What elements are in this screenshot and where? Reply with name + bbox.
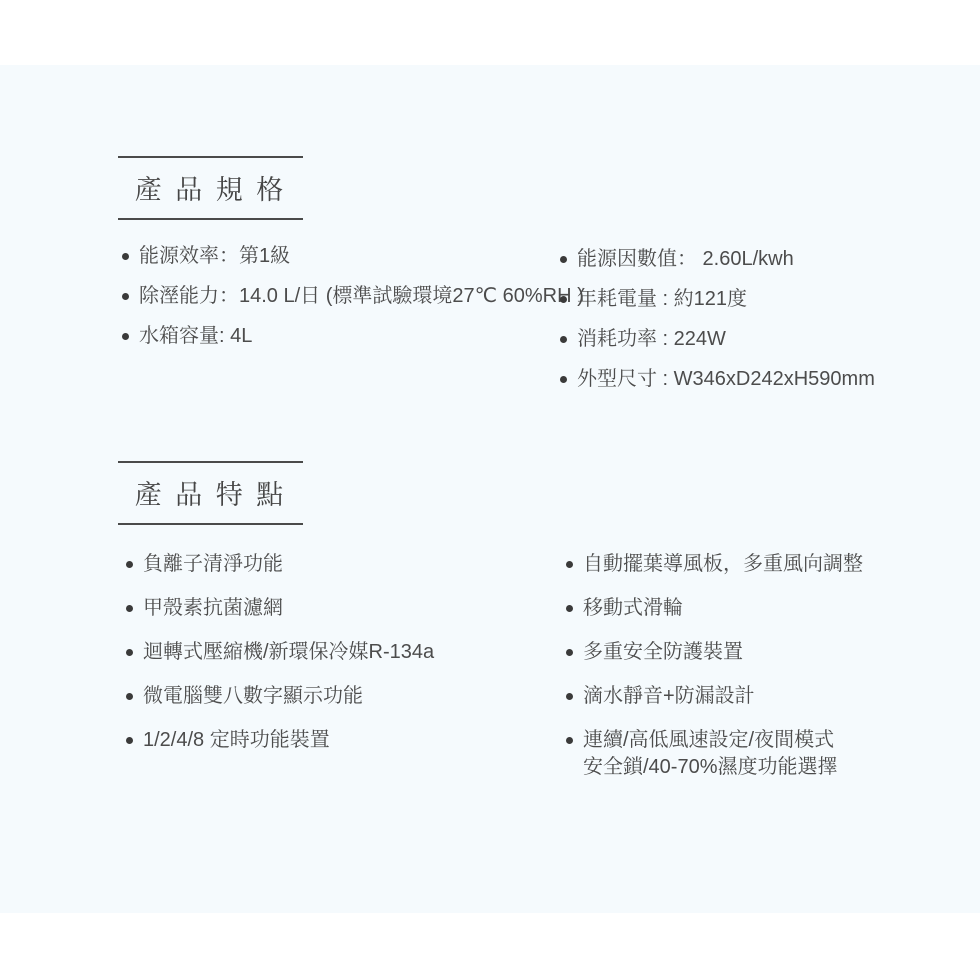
bullet-icon — [122, 253, 129, 260]
bullet-icon — [122, 293, 129, 300]
feature-item-quiet-leakproof: 滴水靜音+防漏設計 — [566, 683, 863, 710]
spec-list-left: 能源效率：第1級 除溼能力：14.0 L/日 (標準試驗環境27℃ 60%RH … — [122, 243, 584, 363]
spec-item-label: 除溼能力：14.0 L/日 (標準試驗環境27℃ 60%RH ) — [139, 283, 584, 310]
feature-item-label: 負離子清淨功能 — [143, 551, 283, 578]
bullet-icon — [566, 649, 573, 656]
feature-item-modes: 連續/高低風速設定/夜間模式 安全鎖/40-70%濕度功能選擇 — [566, 727, 863, 781]
bullet-icon — [566, 737, 573, 744]
feature-item-label: 連續/高低風速設定/夜間模式 安全鎖/40-70%濕度功能選擇 — [583, 727, 838, 781]
spec-item-label: 外型尺寸 : W346xD242xH590mm — [577, 366, 875, 393]
feature-item-label: 微電腦雙八數字顯示功能 — [143, 683, 363, 710]
feature-item-label: 多重安全防護裝置 — [583, 639, 743, 666]
section-title-specifications: 產 品 規 格 — [118, 156, 303, 220]
spec-item-label: 水箱容量: 4L — [139, 323, 252, 350]
bullet-icon — [560, 256, 567, 263]
bullet-icon — [126, 561, 133, 568]
feature-item-label: 迴轉式壓縮機/新環保冷媒R-134a — [143, 639, 434, 666]
spec-list-right: 能源因數值： 2.60L/kwh 年耗電量 : 約121度 消耗功率 : 224… — [560, 246, 875, 406]
bullet-icon — [126, 693, 133, 700]
bullet-icon — [560, 296, 567, 303]
spec-item-annual-consumption: 年耗電量 : 約121度 — [560, 286, 875, 313]
bullet-icon — [126, 649, 133, 656]
bullet-icon — [126, 737, 133, 744]
feature-item-safety: 多重安全防護裝置 — [566, 639, 863, 666]
spec-item-energy-rating: 能源效率：第1級 — [122, 243, 584, 270]
spec-item-label: 年耗電量 : 約121度 — [577, 286, 747, 313]
feature-item-compressor: 迴轉式壓縮機/新環保冷媒R-134a — [126, 639, 434, 666]
spec-item-power: 消耗功率 : 224W — [560, 326, 875, 353]
feature-item-timer: 1/2/4/8 定時功能裝置 — [126, 727, 434, 754]
feature-item-display: 微電腦雙八數字顯示功能 — [126, 683, 434, 710]
bullet-icon — [566, 693, 573, 700]
feature-item-label: 滴水靜音+防漏設計 — [583, 683, 755, 710]
feature-item-ionizer: 負離子清淨功能 — [126, 551, 434, 578]
spec-item-label: 能源因數值： 2.60L/kwh — [577, 246, 794, 273]
bullet-icon — [122, 333, 129, 340]
bullet-icon — [560, 336, 567, 343]
feature-item-label: 1/2/4/8 定時功能裝置 — [143, 727, 330, 754]
feature-item-casters: 移動式滑輪 — [566, 595, 863, 622]
section-title-features: 產 品 特 點 — [118, 461, 303, 525]
feature-item-louver: 自動擺葉導風板，多重風向調整 — [566, 551, 863, 578]
spec-item-dehumidify-capacity: 除溼能力：14.0 L/日 (標準試驗環境27℃ 60%RH ) — [122, 283, 584, 310]
bullet-icon — [560, 376, 567, 383]
spec-item-energy-factor: 能源因數值： 2.60L/kwh — [560, 246, 875, 273]
bullet-icon — [566, 561, 573, 568]
product-info-page: 產 品 規 格 能源效率：第1級 除溼能力：14.0 L/日 (標準試驗環境27… — [0, 0, 980, 980]
spec-item-dimensions: 外型尺寸 : W346xD242xH590mm — [560, 366, 875, 393]
feature-item-label: 甲殼素抗菌濾網 — [143, 595, 283, 622]
feature-list-right: 自動擺葉導風板，多重風向調整 移動式滑輪 多重安全防護裝置 滴水靜音+防漏設計 … — [566, 551, 863, 798]
spec-item-label: 能源效率：第1級 — [139, 243, 290, 270]
bullet-icon — [126, 605, 133, 612]
feature-item-label: 移動式滑輪 — [583, 595, 683, 622]
spec-item-tank-capacity: 水箱容量: 4L — [122, 323, 584, 350]
feature-item-chitosan-filter: 甲殼素抗菌濾網 — [126, 595, 434, 622]
bullet-icon — [566, 605, 573, 612]
feature-item-label: 自動擺葉導風板，多重風向調整 — [583, 551, 863, 578]
spec-item-label: 消耗功率 : 224W — [577, 326, 726, 353]
feature-list-left: 負離子清淨功能 甲殼素抗菌濾網 迴轉式壓縮機/新環保冷媒R-134a 微電腦雙八… — [126, 551, 434, 771]
